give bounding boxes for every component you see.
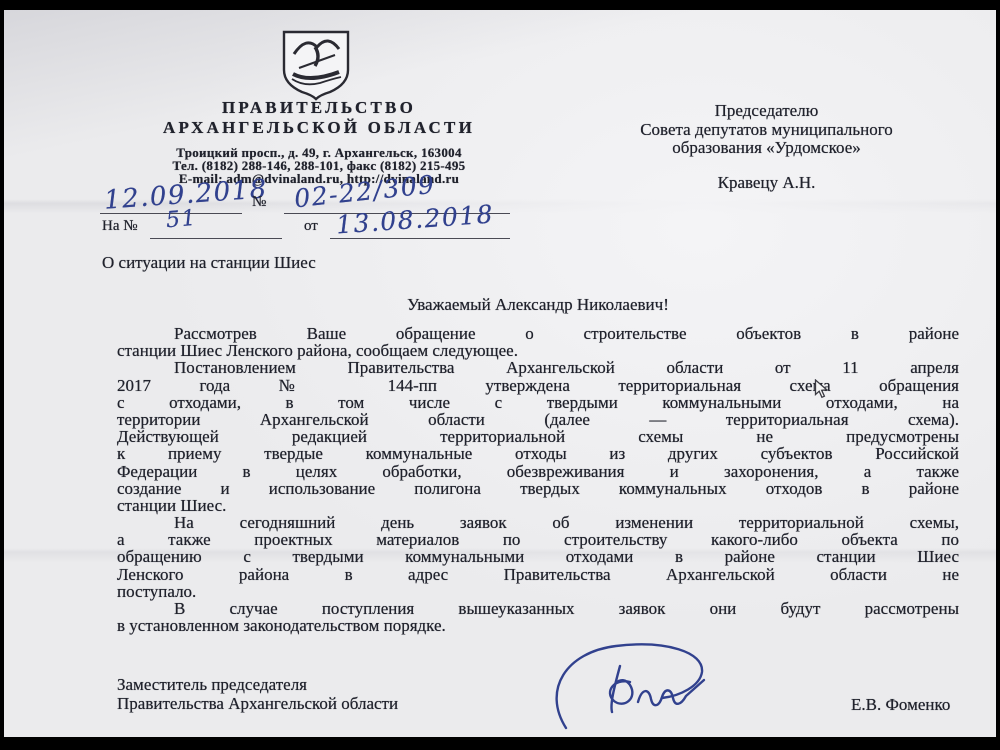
body-line: с отходами, в том числе с твердыми комму… [117, 394, 959, 411]
number-sign: № [252, 194, 266, 211]
body-line: а также проектных материалов по строител… [117, 531, 959, 548]
salutation: Уважаемый Александр Николаевич! [117, 295, 959, 315]
body-line: поступало. [117, 583, 959, 600]
body-line: территории Архангельской области (далее … [117, 411, 959, 428]
video-frame: ПРАВИТЕЛЬСТВО АРХАНГЕЛЬСКОЙ ОБЛАСТИ Трои… [0, 0, 1000, 750]
body-line: в установленном законодательством порядк… [117, 617, 959, 634]
body-line: В случае поступления вышеуказанных заяво… [117, 600, 959, 617]
addressee-org-line2: образования «Урдомское» [554, 139, 979, 158]
body-line: к приему твердые коммунальные отходы из … [117, 445, 959, 462]
org-name-line2: АРХАНГЕЛЬСКОЙ ОБЛАСТИ [109, 118, 529, 138]
arkhangelsk-coat-of-arms-icon [270, 26, 362, 102]
org-name-line1: ПРАВИТЕЛЬСТВО [109, 98, 529, 118]
addressee-title: Председателю [554, 102, 979, 121]
body-line: Федерации в целях обработки, обезврежива… [117, 463, 959, 480]
body-line: На сегодняшний день заявок об изменении … [117, 514, 959, 531]
body-line: Рассмотрев Ваше обращение о строительств… [117, 325, 959, 342]
body-line: создание и использование полигона тверды… [117, 480, 959, 497]
addressee-org-line1: Совета депутатов муниципального [554, 121, 979, 140]
letter-body: Рассмотрев Ваше обращение о строительств… [117, 325, 959, 634]
scanned-letter: ПРАВИТЕЛЬСТВО АРХАНГЕЛЬСКОЙ ОБЛАСТИ Трои… [4, 10, 996, 737]
body-line: Ленского района в адрес Правительства Ар… [117, 566, 959, 583]
signer-position-line1: Заместитель председателя [117, 676, 307, 694]
body-line: станции Шиес. [117, 497, 959, 514]
body-line: Действующей редакцией территориальной сх… [117, 428, 959, 445]
mouse-cursor-icon [814, 379, 829, 405]
incoming-label: На № [102, 218, 138, 235]
body-line: станции Шиес Ленского района, сообщаем с… [117, 342, 959, 359]
incoming-date-underline [330, 238, 510, 239]
body-line: 2017 года № 144-пп утверждена территориа… [117, 377, 959, 394]
incoming-number-handwriting: 51 [165, 206, 198, 234]
addressee-name: Кравецу А.Н. [554, 174, 979, 193]
handwritten-signature-icon [544, 638, 739, 738]
addressee-block: Председателю Совета депутатов муниципаль… [554, 102, 979, 192]
body-line: обращению с твердыми коммунальными отход… [117, 548, 959, 565]
signer-name: Е.В. Фоменко [851, 695, 950, 715]
subject-line: О ситуации на станции Шиес [102, 253, 316, 273]
from-label: от [304, 218, 318, 235]
body-line: Постановлением Правительства Архангельск… [117, 359, 959, 376]
signer-position-line2: Правительства Архангельской области [117, 695, 398, 713]
incoming-number-underline [150, 238, 282, 239]
